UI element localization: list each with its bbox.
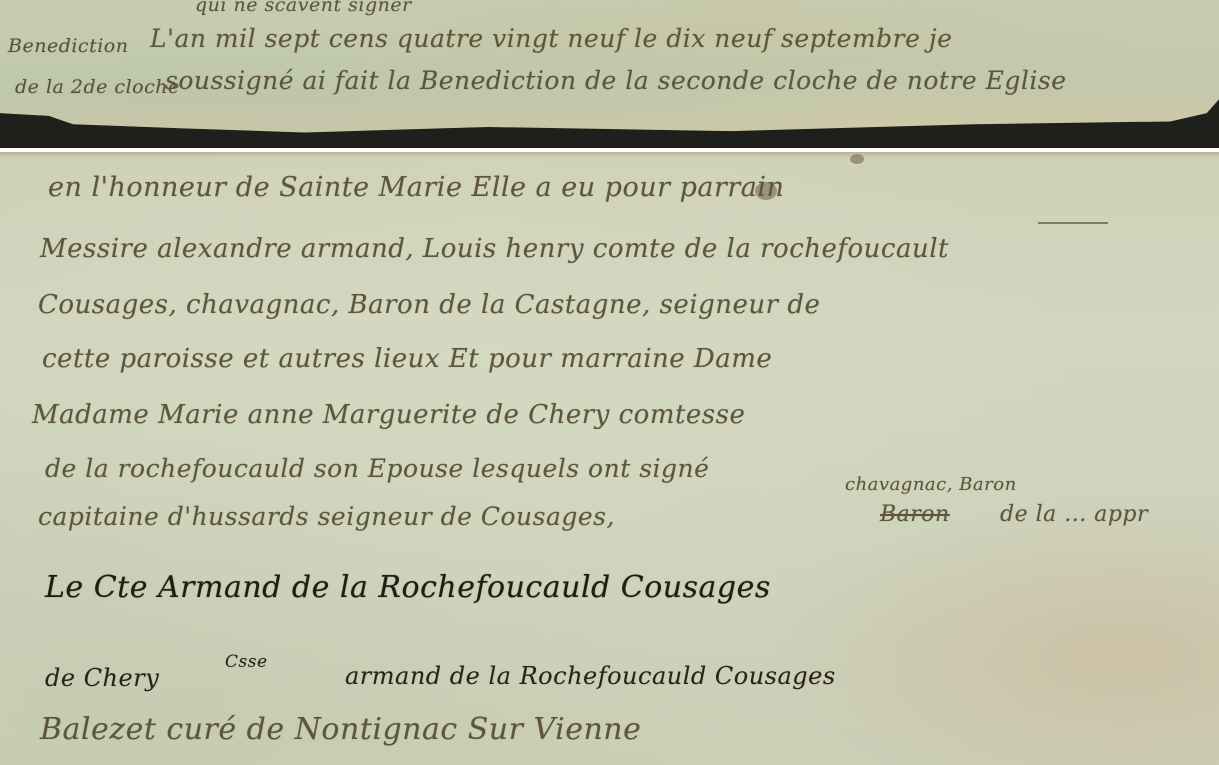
signature-de-chery: de Chery bbox=[45, 664, 159, 692]
line-bottom-6: de la rochefoucauld son Epouse lesquels … bbox=[45, 454, 709, 483]
signature-cure-balezet: Balezet curé de Nontignac Sur Vienne bbox=[40, 712, 641, 747]
line-bottom-3: Cousages, chavagnac, Baron de la Castagn… bbox=[38, 290, 820, 320]
margin-note-benediction: Benediction bbox=[8, 35, 128, 57]
line-bottom-2: Messire alexandre armand, Louis henry co… bbox=[40, 234, 949, 264]
line-bottom-7-tail: de la ... appr bbox=[1000, 502, 1148, 527]
line-bottom-5: Madame Marie anne Marguerite de Chery co… bbox=[32, 400, 745, 430]
line-top-1: L'an mil sept cens quatre vingt neuf le … bbox=[150, 24, 952, 53]
signature-comtesse-abbrev: Csse bbox=[225, 652, 268, 672]
paper-fragment-top: qui ne scavent signer Benediction L'an m… bbox=[0, 0, 1219, 138]
signature-armand-rochefoucauld: armand de la Rochefoucauld Cousages bbox=[345, 662, 836, 690]
top-manuscript-fragment: qui ne scavent signer Benediction L'an m… bbox=[0, 0, 1219, 150]
line-top-0: qui ne scavent signer bbox=[195, 0, 412, 16]
line-bottom-4: cette paroisse et autres lieux Et pour m… bbox=[42, 344, 772, 374]
paper-edge bbox=[0, 152, 1219, 158]
bottom-manuscript-fragment: en l'honneur de Sainte Marie Elle a eu p… bbox=[0, 152, 1219, 765]
margin-note-second-bell: de la 2de cloche bbox=[15, 76, 180, 98]
filler-dash bbox=[1038, 222, 1108, 224]
line-bottom-7: capitaine d'hussards seigneur de Cousage… bbox=[38, 502, 615, 531]
struck-word: Baron bbox=[880, 502, 950, 527]
signature-count-rochefoucauld: Le Cte Armand de la Rochefoucauld Cousag… bbox=[45, 570, 771, 605]
fragment-separator bbox=[0, 148, 1219, 150]
interlinear-insertion: chavagnac, Baron bbox=[845, 474, 1017, 495]
line-bottom-1: en l'honneur de Sainte Marie Elle a eu p… bbox=[48, 172, 784, 203]
ink-blot bbox=[850, 154, 864, 164]
line-top-2: soussigné ai fait la Benediction de la s… bbox=[165, 66, 1067, 95]
